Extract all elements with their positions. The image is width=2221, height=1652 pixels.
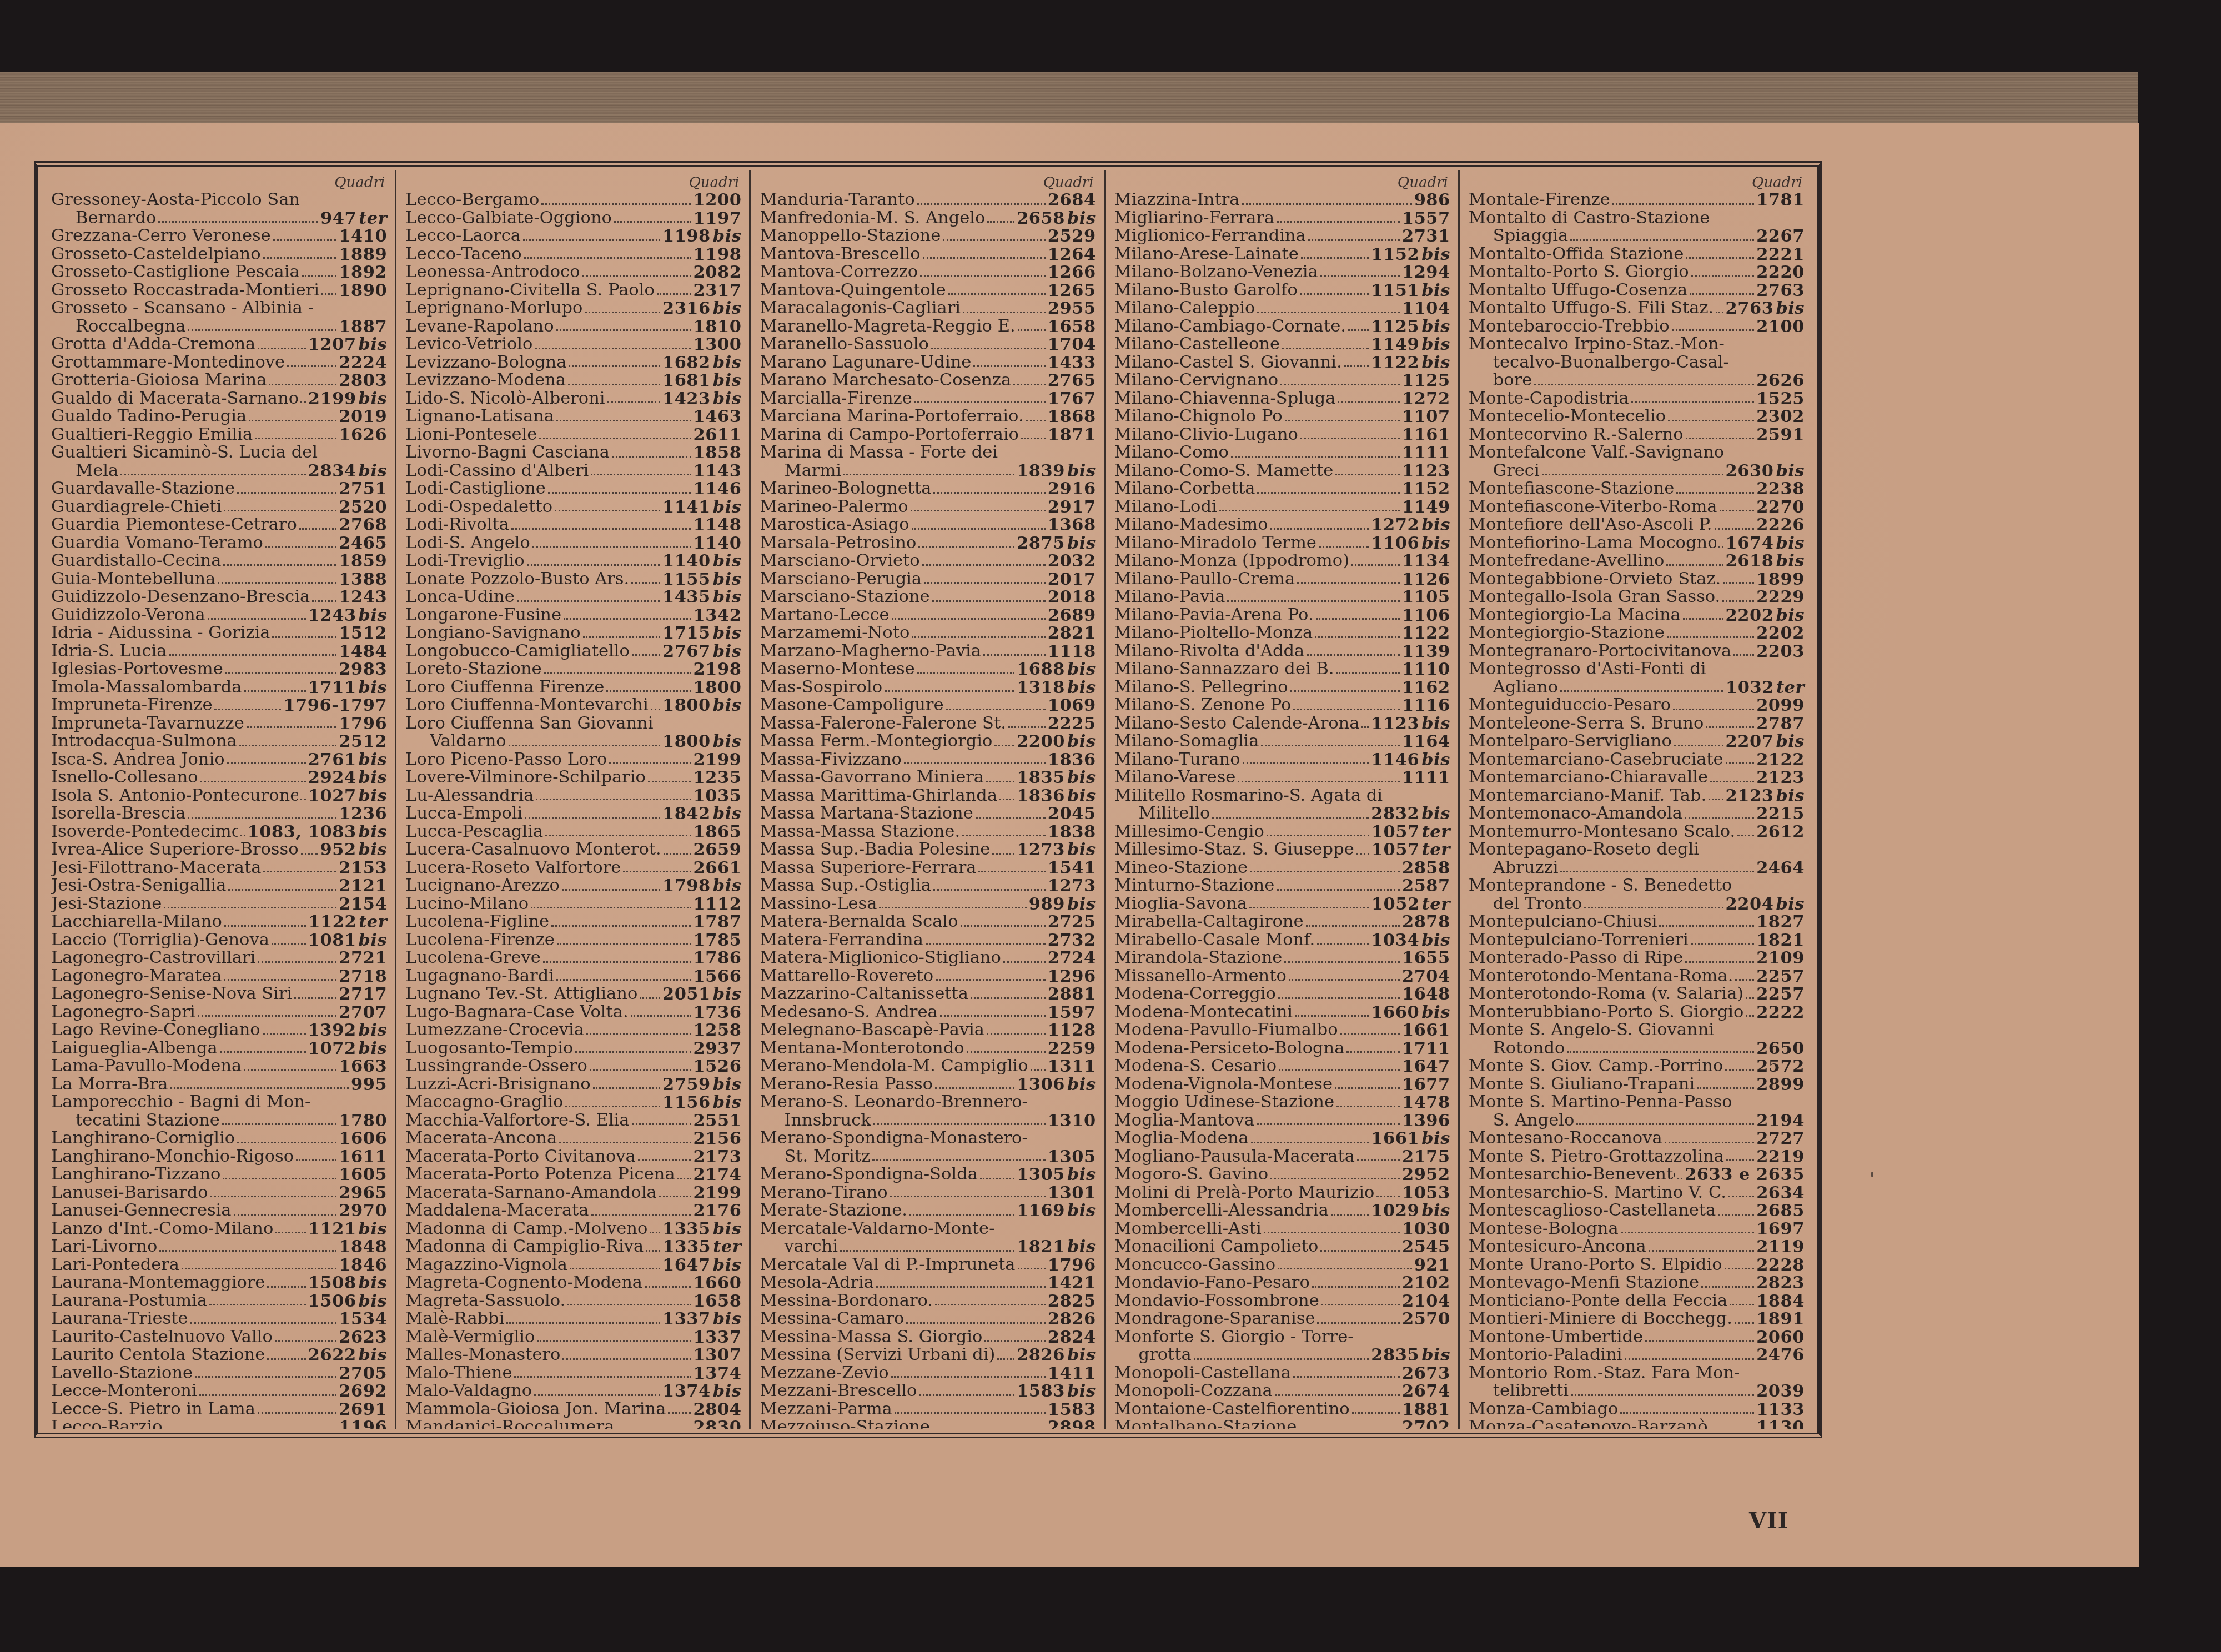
- index-entry: Impruneta-Firenze1796-1797: [51, 696, 387, 715]
- index-entry: Montefiascone-Stazione2238: [1469, 480, 1805, 498]
- entry-route-name: Lagonegro-Maratea: [51, 967, 222, 986]
- leader-dots: [1279, 1069, 1400, 1071]
- leader-dots: [568, 384, 660, 385]
- entry-route-name: Modena-Correggio: [1114, 985, 1276, 1003]
- entry-table-number: 1243: [339, 588, 387, 606]
- entry-table-number: 1871: [1048, 426, 1096, 444]
- entry-table-number: 1800bis: [662, 732, 741, 751]
- entry-list: Gressoney-Aosta-Piccolo SanBernardo947te…: [51, 191, 387, 1429]
- index-entry: Milano-Rivolta d'Adda1139: [1114, 642, 1450, 661]
- leader-dots: [1031, 1069, 1046, 1071]
- leader-dots: [537, 1340, 691, 1342]
- entry-table-number: 1149bis: [1371, 335, 1450, 354]
- leader-dots: [591, 1214, 691, 1216]
- entry-route-name: Lavello-Stazione: [51, 1364, 193, 1383]
- entry-route-name: Milano-Caleppio: [1114, 299, 1255, 318]
- entry-table-number: 2952: [1402, 1166, 1450, 1184]
- entry-suffix: bis: [359, 1020, 388, 1040]
- entry-route-name: Lovere-Vilminore-Schilpario: [405, 769, 646, 787]
- entry-table-number: 1155bis: [662, 570, 741, 589]
- index-entry: Montone-Umbertide2060: [1469, 1328, 1805, 1347]
- entry-route-name: Marsciano-Orvieto: [760, 552, 919, 570]
- index-entry: Marano Marchesato-Cosenza2765: [760, 371, 1096, 390]
- index-entry: Lucolena-Firenze1785: [405, 931, 741, 950]
- index-entry: Lodi-Rivolta1148: [405, 516, 741, 534]
- entry-suffix: bis: [359, 840, 388, 860]
- entry-table-number: 1146bis: [1371, 751, 1450, 769]
- entry-table-number: 2529: [1048, 227, 1096, 245]
- entry-route-name: Montorio Rom.-Staz. Fara Mon-: [1469, 1364, 1740, 1383]
- entry-route-name: Montemarciano-Manif. Tab.: [1469, 787, 1706, 805]
- entry-route-name: Montale-Firenze: [1469, 191, 1610, 209]
- entry-table-number: 2199bis: [308, 390, 387, 408]
- entry-suffix: bis: [359, 822, 388, 842]
- entry-route-name: Langhirano-Monchio-Rigoso: [51, 1148, 294, 1166]
- index-entry: Monteprandone - S. Benedetto: [1469, 877, 1805, 895]
- leader-dots: [1686, 438, 1755, 439]
- entry-route-name: Mineo-Stazione: [1114, 859, 1248, 877]
- leader-dots: [1257, 1123, 1400, 1125]
- entry-route-name: Milano-Paullo-Crema: [1114, 570, 1295, 589]
- entry-table-number: 1541: [1048, 859, 1096, 877]
- entry-table-number: 2203: [1756, 642, 1805, 661]
- index-entry: Lama-Pavullo-Modena1663: [51, 1057, 387, 1076]
- entry-route-name: Mirandola-Stazione: [1114, 949, 1283, 967]
- index-entry: Lodi-Cassino d'Alberi1143: [405, 462, 741, 480]
- index-entry: Montemarciano-Manif. Tab.2123bis: [1469, 787, 1805, 805]
- leader-dots: [987, 1033, 1046, 1035]
- entry-route-name: Lioni-Pontesele: [405, 426, 537, 444]
- index-entry: Monte Urano-Porto S. Elpidio2228: [1469, 1256, 1805, 1274]
- index-entry: Mezzani-Parma1583: [760, 1400, 1096, 1419]
- index-entry: Milano-Como-S. Mamette1123: [1114, 462, 1450, 480]
- leader-dots: [1666, 564, 1723, 566]
- entry-route-name: Montefredane-Avellino: [1469, 552, 1665, 570]
- entry-route-name: Mandanici-Roccalumera: [405, 1418, 614, 1429]
- index-table-frame: Quadri Gressoney-Aosta-Piccolo SanBernar…: [34, 161, 1822, 1438]
- entry-suffix: bis: [359, 334, 388, 354]
- index-entry: Messina-Bordonaro.2825: [760, 1292, 1096, 1310]
- leader-dots: [1250, 871, 1400, 872]
- entry-table-number: 2257: [1756, 985, 1805, 1003]
- leader-dots: [961, 925, 1046, 927]
- entry-route-name: Loro Ciuffenna Firenze: [405, 679, 604, 697]
- entry-table-number: 1368: [1048, 516, 1096, 534]
- index-entry: bore2626: [1469, 371, 1805, 390]
- index-entry: Lagonegro-Maratea2718: [51, 967, 387, 986]
- index-entry: Montepagano-Roseto degli: [1469, 841, 1805, 859]
- index-entry: Livorno-Bagni Casciana1858: [405, 444, 741, 462]
- entry-table-number: 1821bis: [1017, 1238, 1096, 1256]
- index-entry: Medesano-S. Andrea1597: [760, 1003, 1096, 1022]
- leader-dots: [556, 329, 691, 331]
- entry-route-name: Langhirano-Tizzano: [51, 1166, 220, 1184]
- leader-dots: [1691, 943, 1754, 945]
- entry-table-number: 1484: [339, 642, 387, 661]
- entry-route-name: Marina di Campo-Portoferraio: [760, 426, 1019, 444]
- entry-table-number: 1800: [694, 679, 742, 697]
- entry-suffix: bis: [1421, 280, 1450, 300]
- entry-route-name: Lecco-Barzio: [51, 1418, 163, 1429]
- entry-route-name: Lodi-Castiglione: [405, 480, 545, 498]
- index-entry: Mantova-Brescello1264: [760, 245, 1096, 264]
- index-entry: grotta2835bis: [1114, 1346, 1450, 1364]
- entry-route-name: Milano-Rivolta d'Adda: [1114, 642, 1305, 661]
- entry-table-number: 1272: [1402, 390, 1450, 408]
- index-entry: Isoverde-Pontedecimo1083, 1083bis: [51, 823, 387, 841]
- entry-route-name: Montalto-Porto S. Giorgio: [1469, 263, 1689, 282]
- entry-table-number: 1196: [339, 1418, 387, 1429]
- entry-route-name: Mas-Sospirolo: [760, 679, 882, 697]
- index-entry: Montebaroccio-Trebbio2100: [1469, 318, 1805, 336]
- index-entry: Mentana-Monterotondo2259: [760, 1040, 1096, 1058]
- entry-route-name: Montecelio-Montecelio: [1469, 408, 1666, 426]
- entry-table-number: 1881: [1402, 1400, 1450, 1419]
- entry-route-name: Marina di Massa - Forte dei: [760, 444, 998, 462]
- entry-table-number: 2104: [1402, 1292, 1450, 1310]
- entry-route-name: Mezzani-Brescello: [760, 1382, 917, 1400]
- leader-dots: [1335, 474, 1400, 475]
- entry-route-name: Mantova-Brescello: [760, 245, 920, 264]
- entry-route-name: Impruneta-Firenze: [51, 696, 212, 715]
- entry-table-number: 2199: [694, 1184, 742, 1202]
- index-entry: Lacchiarella-Milano1122ter: [51, 913, 387, 931]
- index-entry: Monopoli-Castellana2673: [1114, 1364, 1450, 1383]
- entry-table-number: 2725: [1048, 913, 1096, 931]
- entry-suffix: bis: [359, 1219, 388, 1239]
- index-entry: Lonca-Udine1435bis: [405, 588, 741, 606]
- entry-table-number: 1126: [1402, 570, 1450, 589]
- entry-table-number: 2724: [1048, 949, 1096, 967]
- entry-suffix: bis: [713, 569, 742, 589]
- entry-route-name: Montalbano-Stazione: [1114, 1418, 1297, 1429]
- entry-route-name: Jesi-Ostra-Senigallia: [51, 877, 226, 895]
- leader-dots: [632, 1123, 691, 1125]
- index-entry: Montorio-Paladini2476: [1469, 1346, 1805, 1364]
- index-entry: Marzano-Magherno-Pavia1118: [760, 642, 1096, 661]
- entry-route-name: Guia-Montebelluna: [51, 570, 215, 589]
- entry-route-name: Lussingrande-Ossero: [405, 1057, 587, 1076]
- entry-table-number: 2267: [1756, 227, 1805, 245]
- entry-table-number: 2259: [1048, 1040, 1096, 1058]
- entry-table-number: 2858: [1402, 859, 1450, 877]
- entry-route-name: Marineo-Palermo: [760, 498, 908, 516]
- leader-dots: [1715, 528, 1755, 530]
- entry-table-number: 1164: [1402, 732, 1450, 751]
- entry-route-name: Milano-Turano: [1114, 751, 1240, 769]
- leader-dots: [948, 293, 1046, 295]
- leader-dots: [1336, 1106, 1400, 1107]
- leader-dots: [545, 835, 691, 836]
- index-entry: Migliarino-Ferrara1557: [1114, 209, 1450, 228]
- leader-dots: [967, 1051, 1046, 1053]
- entry-table-number: 1030: [1402, 1220, 1450, 1238]
- entry-table-number: 2219: [1756, 1148, 1805, 1166]
- entry-table-number: 2673: [1402, 1364, 1450, 1383]
- index-entry: Montalbano-Stazione2702: [1114, 1418, 1450, 1429]
- leader-dots: [668, 1412, 691, 1414]
- index-entry: Montefiorino-Lama Mocogno1674bis: [1469, 534, 1805, 553]
- entry-route-name: Montecalvo Irpino-Staz.-Mon-: [1469, 335, 1725, 354]
- entry-route-name: Spiaggia: [1493, 227, 1568, 245]
- entry-route-name: Introdacqua-Sulmona: [51, 732, 237, 751]
- entry-table-number: 1566: [694, 967, 742, 986]
- entry-route-name: Milano-Busto Garolfo: [1114, 282, 1298, 300]
- entry-route-name: Madonna di Campiglio-Riva: [405, 1238, 644, 1256]
- entry-route-name: Macerata-Porto Civitanova: [405, 1148, 636, 1166]
- leader-dots: [218, 582, 336, 584]
- index-entry: Lodi-Treviglio1140bis: [405, 552, 741, 570]
- leader-dots: [1534, 384, 1754, 385]
- index-entry: Montesarchio-Benevento2633 e 2635: [1469, 1166, 1805, 1184]
- index-entry: Laurito Centola Stazione2622bis: [51, 1346, 387, 1364]
- entry-table-number: 2018: [1048, 588, 1096, 606]
- leader-dots: [1728, 1196, 1754, 1197]
- entry-route-name: Lago Revine-Conegliano: [51, 1021, 260, 1040]
- entry-route-name: Massa-Gavorrano Miniera: [760, 769, 984, 787]
- entry-route-name: Modena-S. Cesario: [1114, 1057, 1277, 1076]
- entry-route-name: Lagonegro-Senise-Nova Siri: [51, 985, 292, 1003]
- entry-route-name: Monterado-Passo di Ripe: [1469, 949, 1683, 967]
- entry-table-number: 1235: [694, 769, 742, 787]
- leader-dots: [1308, 239, 1400, 241]
- entry-route-name: Lecco-Galbiate-Oggiono: [405, 209, 612, 228]
- entry-route-name: Messina (Servizi Urbani di): [760, 1346, 995, 1364]
- leader-dots: [963, 312, 1046, 313]
- entry-route-name: Moggio Udinese-Stazione: [1114, 1093, 1334, 1112]
- index-entry: Milano-Pavia1105: [1114, 588, 1450, 606]
- entry-route-name: Maranello-Sassuolo: [760, 335, 929, 354]
- entry-route-name: Guardiagrele-Chieti: [51, 498, 222, 516]
- index-entry: Monacilioni Campolieto2545: [1114, 1238, 1450, 1256]
- entry-route-name: Montesicuro-Ancona: [1469, 1238, 1646, 1256]
- index-entry: Bernardo947ter: [51, 209, 387, 228]
- entry-table-number: 2835bis: [1371, 1346, 1450, 1364]
- entry-suffix: bis: [1776, 894, 1805, 914]
- index-entry: Massa Sup.-Badia Polesine1273bis: [760, 841, 1096, 859]
- entry-route-name: Manoppello-Stazione: [760, 227, 941, 245]
- leader-dots: [609, 762, 691, 764]
- entry-route-name: Maranello-Magreta-Reggio E.: [760, 318, 1015, 336]
- entry-table-number: 1478: [1402, 1093, 1450, 1112]
- entry-route-name: Lonate Pozzolo-Busto Ars.: [405, 570, 629, 589]
- leader-dots: [1726, 1159, 1754, 1161]
- entry-route-name: Militello Rosmarino-S. Agata di: [1114, 787, 1383, 805]
- column-header-quadri: Quadri: [405, 174, 741, 191]
- entry-table-number: 2732: [1048, 931, 1096, 950]
- index-entry: Militello2832bis: [1114, 805, 1450, 823]
- entry-table-number: 2825: [1048, 1292, 1096, 1310]
- leader-dots: [879, 907, 1027, 908]
- entry-route-name: Guidizzolo-Verona: [51, 606, 205, 625]
- entry-table-number: 2512: [339, 732, 387, 751]
- entry-table-number: 2123bis: [1726, 787, 1805, 805]
- entry-route-name: Laurana-Montemaggiore: [51, 1274, 265, 1292]
- entry-table-number: 1525: [1756, 390, 1805, 408]
- entry-table-number: 2633 e 2635: [1685, 1166, 1805, 1184]
- index-entry: Gualdo di Macerata-Sarnano2199bis: [51, 390, 387, 408]
- entry-route-name: Mattarello-Rovereto: [760, 967, 933, 986]
- entry-route-name: Montefiorino-Lama Mocogno: [1469, 534, 1716, 553]
- entry-route-name: Livorno-Bagni Casciana: [405, 444, 610, 462]
- entry-route-name: Lanusei-Gennecresia: [51, 1202, 232, 1220]
- index-entry: Isorella-Brescia1236: [51, 805, 387, 823]
- entry-table-number: 2826: [1048, 1310, 1096, 1328]
- index-entry: Milano-Busto Garolfo1151bis: [1114, 282, 1450, 300]
- entry-table-number: 1266: [1048, 263, 1096, 282]
- entry-table-number: 2692: [339, 1382, 387, 1400]
- leader-dots: [556, 979, 691, 981]
- entry-route-name: Loro Piceno-Passo Loro: [405, 751, 607, 769]
- leader-dots: [1285, 420, 1400, 421]
- index-entry: Grosseto-Casteldelpiano1889: [51, 245, 387, 264]
- entry-table-number: 2830: [694, 1418, 742, 1429]
- index-entry: Lecce-S. Pietro in Lama2691: [51, 1400, 387, 1419]
- entry-route-name: Greci: [1493, 462, 1540, 480]
- entry-table-number: 1583: [1048, 1400, 1096, 1419]
- entry-route-name: Montefiascone-Stazione: [1469, 480, 1674, 498]
- leader-dots: [224, 979, 336, 981]
- leader-dots: [244, 690, 306, 692]
- leader-dots: [976, 817, 1046, 819]
- index-entry: Marciana Marina-Portoferraio.1868: [760, 408, 1096, 426]
- leader-dots: [249, 420, 336, 421]
- entry-table-number: 2689: [1048, 606, 1096, 625]
- leader-dots: [312, 600, 336, 602]
- entry-table-number: 2198: [694, 660, 742, 679]
- index-entry: Roccalbegna1887: [51, 318, 387, 336]
- entry-route-name: Lari-Pontedera: [51, 1256, 179, 1274]
- entry-route-name: Lari-Livorno: [51, 1238, 157, 1256]
- leader-dots: [220, 1051, 306, 1053]
- leader-dots: [237, 1142, 336, 1143]
- leader-dots: [914, 401, 1046, 403]
- entry-suffix: bis: [713, 353, 742, 373]
- leader-dots: [543, 961, 691, 963]
- entry-route-name: Montorio-Paladini: [1469, 1346, 1622, 1364]
- entry-route-name: Langhirano-Corniglio: [51, 1129, 235, 1148]
- leader-dots: [1243, 762, 1369, 764]
- entry-route-name: Monte Urano-Porto S. Elpidio: [1469, 1256, 1722, 1274]
- index-entry: Maranello-Sassuolo1704: [760, 335, 1096, 354]
- entry-route-name: Montevago-Menfi Stazione: [1469, 1274, 1699, 1292]
- entry-route-name: Gualtieri Sicaminò-S. Lucia del: [51, 444, 318, 462]
- entry-route-name: Merano-S. Leonardo-Brennero-: [760, 1093, 1027, 1112]
- index-entry: Mondavio-Fossombrone2104: [1114, 1292, 1450, 1310]
- entry-route-name: Macerata-Ancona: [405, 1129, 557, 1148]
- entry-table-number: 2156: [694, 1129, 742, 1148]
- entry-table-number: 2202: [1756, 624, 1805, 642]
- leader-dots: [1665, 1142, 1755, 1143]
- index-entry: Milano-Somaglia1164: [1114, 732, 1450, 751]
- entry-table-number: 1207bis: [308, 335, 387, 354]
- entry-table-number: 1296: [1048, 967, 1096, 986]
- index-entry: Milano-Cambiago-Cornate.1125bis: [1114, 318, 1450, 336]
- column-header-quadri: Quadri: [1469, 174, 1805, 191]
- index-entry: Malè-Rabbi1337bis: [405, 1310, 741, 1328]
- entry-route-name: Loro Ciuffenna San Giovanni: [405, 715, 653, 733]
- entry-route-name: Messina-Bordonaro.: [760, 1292, 933, 1310]
- entry-suffix: bis: [713, 731, 742, 751]
- entry-route-name: Modena-Persiceto-Bologna: [1114, 1040, 1345, 1058]
- index-entry: Magazzino-Vignola1647bis: [405, 1256, 741, 1274]
- entry-table-number: 2591: [1756, 426, 1805, 444]
- index-entry: Marsala-Petrosino2875bis: [760, 534, 1096, 553]
- entry-suffix: bis: [1776, 786, 1805, 806]
- index-entry: Lodi-Ospedaletto1141bis: [405, 498, 741, 516]
- entry-route-name: Lonca-Udine: [405, 588, 515, 606]
- leader-dots: [917, 203, 1046, 205]
- entry-table-number: 1658: [1048, 318, 1096, 336]
- index-entry: Montecelio-Montecelio2302: [1469, 408, 1805, 426]
- leader-dots: [583, 636, 660, 638]
- entry-table-number: 2174: [694, 1166, 742, 1184]
- entry-table-number: 1307: [694, 1346, 742, 1364]
- entry-route-name: Millesimo-Staz. S. Giuseppe: [1114, 841, 1354, 859]
- index-entry: Merano-S. Leonardo-Brennero-: [760, 1093, 1096, 1112]
- leader-dots: [557, 943, 691, 945]
- leader-dots: [120, 474, 306, 475]
- index-entry: Guardistallo-Cecina1859: [51, 552, 387, 570]
- entry-suffix: bis: [1421, 244, 1450, 264]
- entry-route-name: Massa Marittima-Ghirlanda: [760, 787, 997, 805]
- index-entry: Langhirano-Monchio-Rigoso1611: [51, 1148, 387, 1166]
- entry-route-name: Ivrea-Alice Superiore-Brosso: [51, 841, 299, 859]
- leader-dots: [659, 1196, 691, 1197]
- entry-table-number: 2572: [1756, 1057, 1805, 1076]
- leader-dots: [1297, 582, 1400, 584]
- entry-table-number: 2221: [1756, 245, 1805, 264]
- entry-route-name: Marmi: [784, 462, 841, 480]
- entry-table-number: 1236: [339, 805, 387, 823]
- leader-dots: [555, 510, 660, 511]
- entry-route-name: Guardia Piemontese-Cetraro: [51, 516, 297, 534]
- index-entry: Modena-Correggio1648: [1114, 985, 1450, 1003]
- leader-dots: [973, 365, 1045, 367]
- leader-dots: [904, 762, 1046, 764]
- entry-table-number: 1889: [339, 245, 387, 264]
- entry-table-number: 2215: [1756, 805, 1805, 823]
- index-entry: Magreta-Sassuolo.1658: [405, 1292, 741, 1310]
- entry-suffix: bis: [1067, 767, 1096, 787]
- leader-dots: [987, 221, 1014, 223]
- entry-table-number: 1300: [694, 335, 742, 354]
- entry-route-name: Guardia Vomano-Teramo: [51, 534, 263, 553]
- entry-table-number: 2199: [694, 751, 742, 769]
- index-entry: Montemarciano-Chiaravalle2123: [1469, 769, 1805, 787]
- entry-route-name: Leonessa-Antrodoco: [405, 263, 580, 282]
- entry-table-number: 1796: [339, 715, 387, 733]
- entry-route-name: tecalvo-Buonalbergo-Casal-: [1493, 354, 1729, 372]
- leader-dots: [983, 654, 1046, 656]
- leader-dots: [1735, 979, 1754, 981]
- index-entry: varchi1821bis: [760, 1238, 1096, 1256]
- entry-route-name: Marzamemi-Noto: [760, 624, 909, 642]
- leader-dots: [506, 1322, 660, 1324]
- leader-dots: [631, 582, 660, 584]
- entry-route-name: Lumezzane-Crocevia: [405, 1021, 584, 1040]
- entry-suffix: bis: [713, 226, 742, 246]
- column-header-quadri: Quadri: [760, 174, 1096, 191]
- index-entry: Jesi-Ostra-Senigallia2121: [51, 877, 387, 895]
- entry-table-number: 1605: [339, 1166, 387, 1184]
- leader-dots: [933, 889, 1046, 891]
- entry-route-name: Marsciano-Stazione: [760, 588, 929, 606]
- index-entry: Macerata-Porto Civitanova2173: [405, 1148, 741, 1166]
- entry-table-number: 1526: [694, 1057, 742, 1076]
- index-entry: Lecce-Monteroni2692: [51, 1382, 387, 1400]
- index-entry: Luzzi-Acri-Brisignano2759bis: [405, 1076, 741, 1094]
